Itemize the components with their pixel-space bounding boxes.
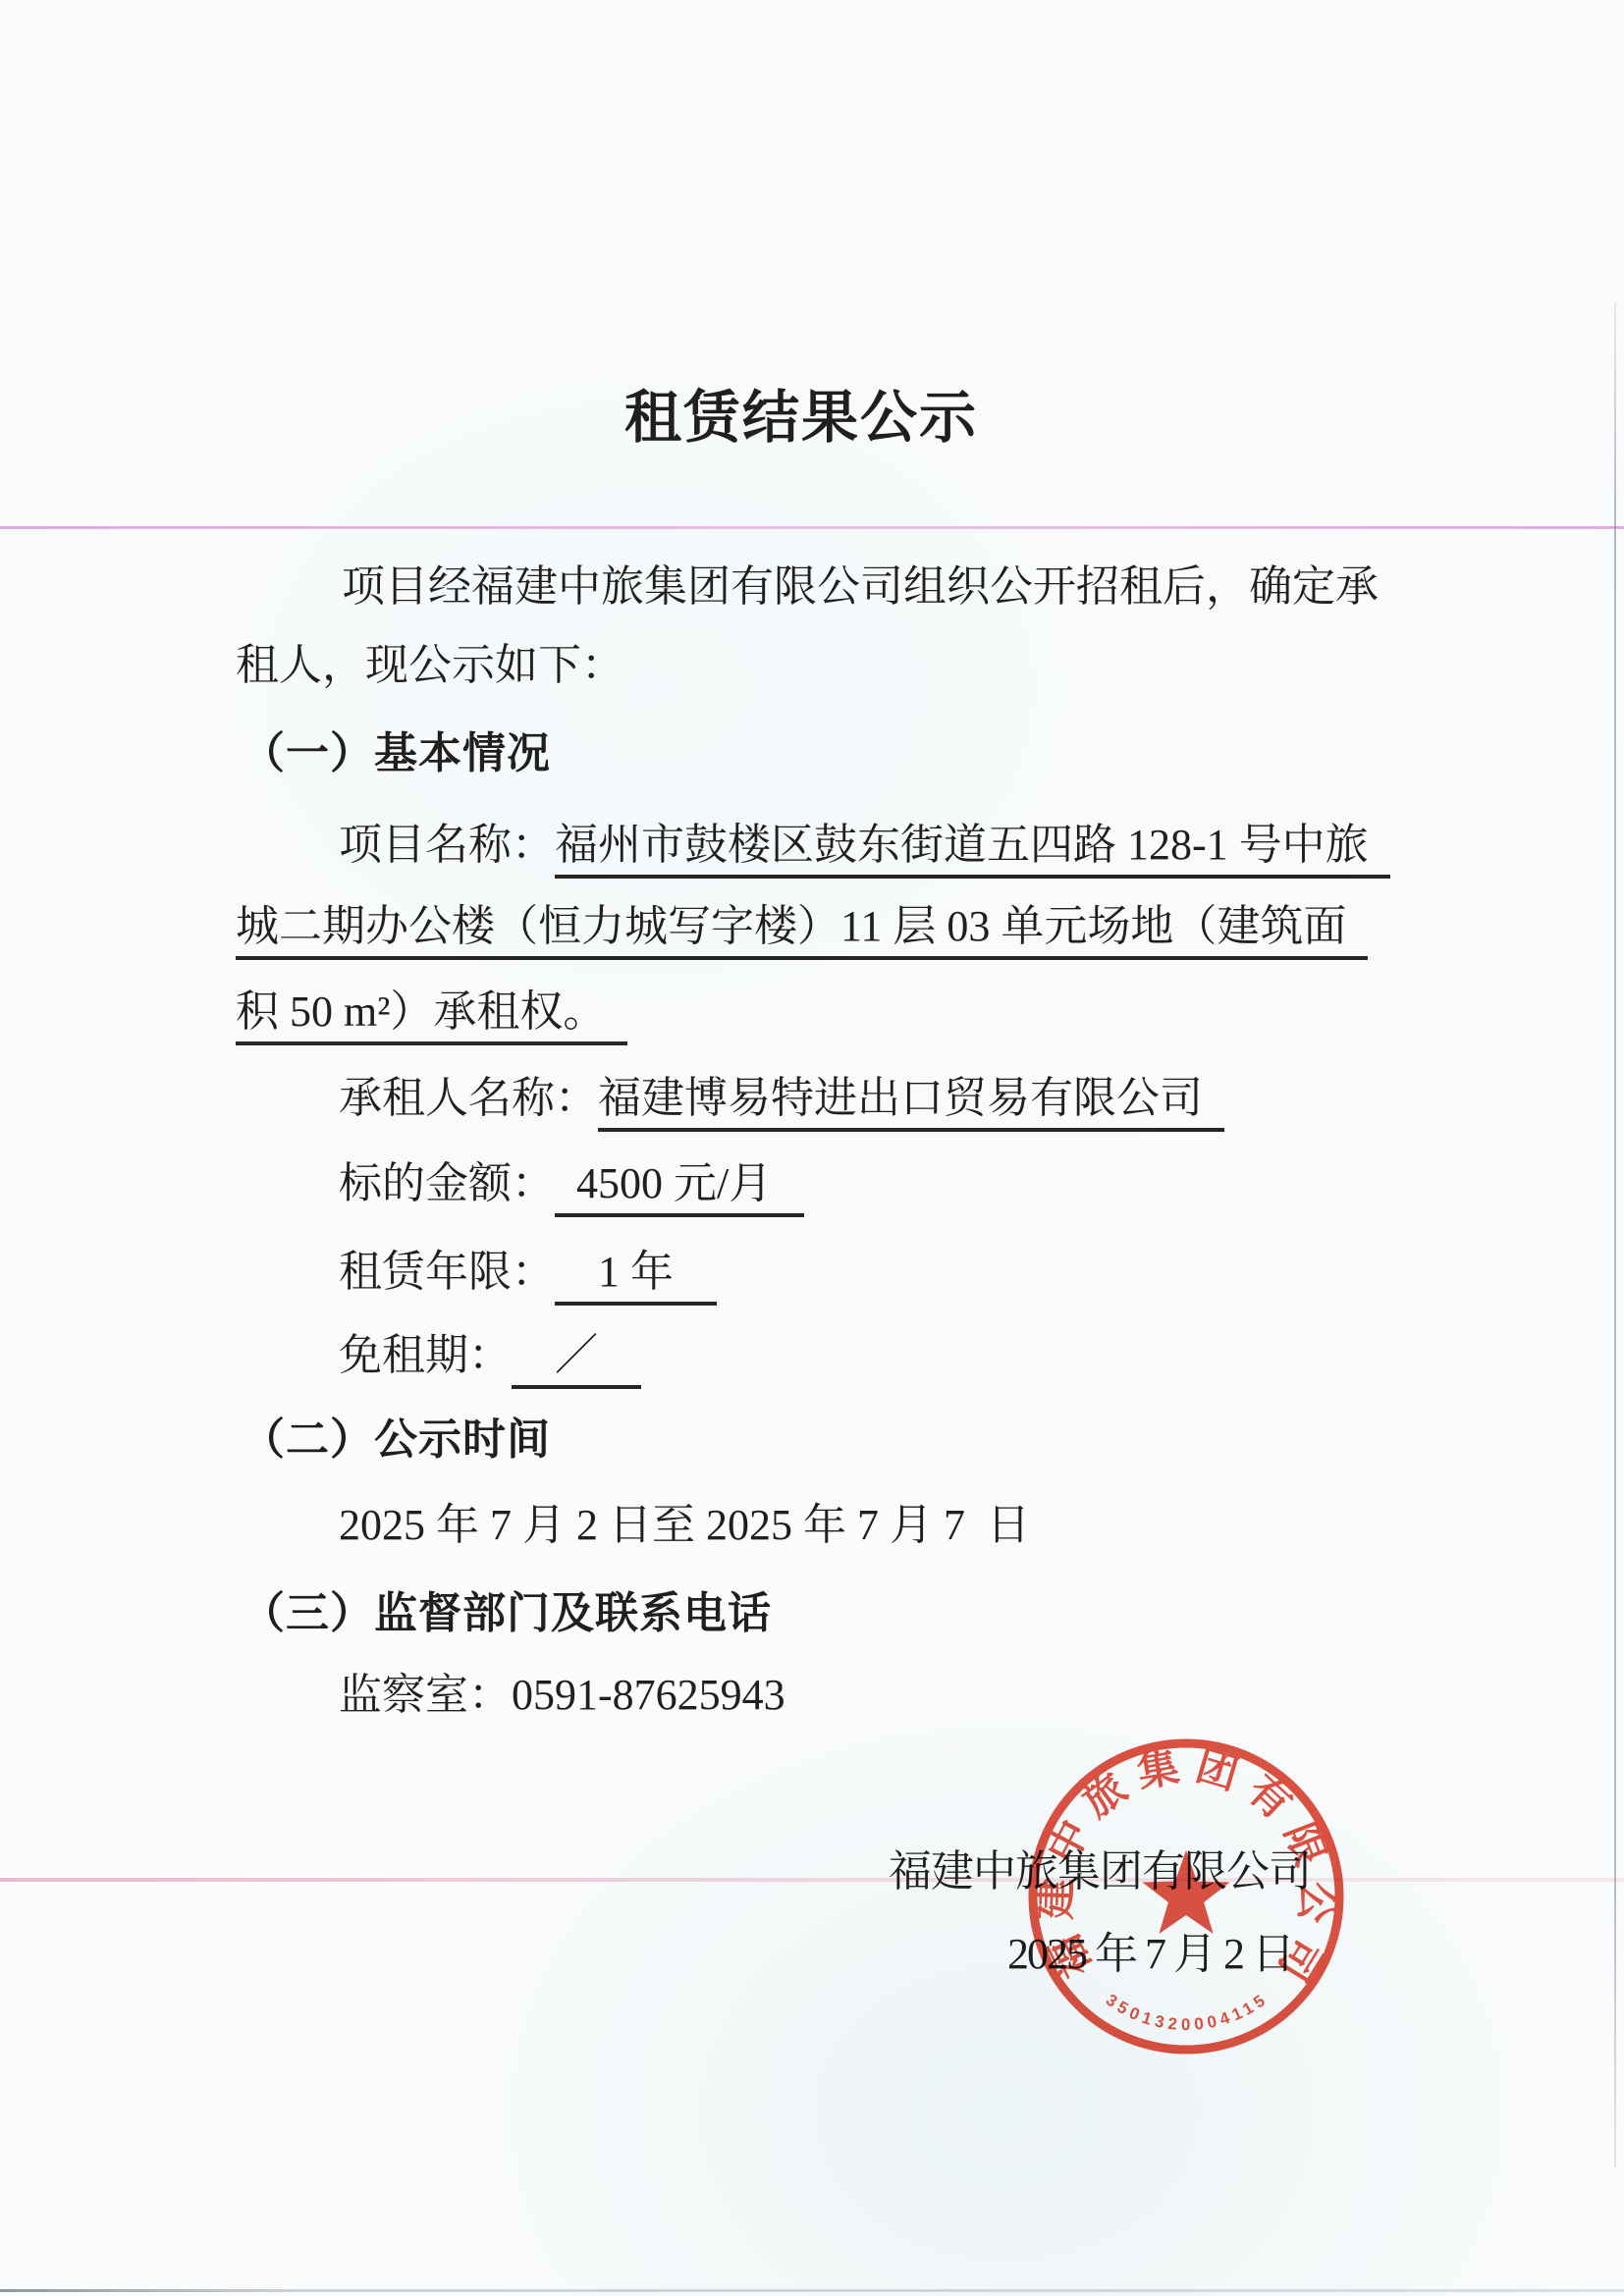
intro-line-2: 租人，现公示如下： bbox=[236, 638, 624, 692]
document-title: 租赁结果公示 bbox=[0, 371, 1602, 454]
official-seal: 福建中旅集团有限公司 3501320004115 bbox=[1009, 1720, 1363, 2073]
project-name-value-1: 福州市鼓楼区鼓东街道五四路 128-1 号中旅 bbox=[555, 821, 1390, 879]
rentfree-label: 免租期： bbox=[339, 1331, 512, 1379]
project-name-value-2: 城二期办公楼（恒力城写字楼）11 层 03 单元场地（建筑面 bbox=[236, 902, 1368, 960]
project-name-label: 项目名称： bbox=[339, 821, 555, 869]
section-2-heading: （二）公示时间 bbox=[242, 1413, 551, 1467]
amount-line: 标的金额： 4500 元/月 bbox=[339, 1156, 804, 1210]
project-name-line-3: 积 50 m²）承租权。 bbox=[236, 985, 627, 1039]
section-1-heading: （一）基本情况 bbox=[242, 726, 551, 780]
project-name-value-3: 积 50 m²）承租权。 bbox=[236, 988, 627, 1045]
rentfree-line: 免租期： ／ bbox=[339, 1328, 641, 1382]
section-3-heading: （三）监督部门及联系电话 bbox=[242, 1586, 772, 1640]
rentfree-value: ／ bbox=[512, 1331, 641, 1389]
project-name-line-2: 城二期办公楼（恒力城写字楼）11 层 03 单元场地（建筑面 bbox=[236, 899, 1368, 953]
term-value: 1 年 bbox=[555, 1248, 717, 1306]
scan-artifact-pink-line-bottom bbox=[0, 1878, 1624, 1882]
scan-artifact-pink-line-top bbox=[0, 526, 1624, 529]
star-icon bbox=[1142, 1850, 1229, 1934]
amount-label: 标的金额： bbox=[339, 1159, 555, 1207]
amount-value: 4500 元/月 bbox=[555, 1159, 804, 1217]
scan-artifact-right-edge-line bbox=[1614, 302, 1616, 2167]
tenant-line: 承租人名称：福建博易特进出口贸易有限公司 bbox=[339, 1071, 1224, 1125]
seal-serial-number: 3501320004115 bbox=[1103, 1989, 1272, 2034]
term-label: 租赁年限： bbox=[339, 1248, 555, 1296]
term-line: 租赁年限： 1 年 bbox=[339, 1245, 717, 1299]
intro-line-1: 项目经福建中旅集团有限公司组织公开招租后，确定承 bbox=[342, 560, 1379, 614]
tenant-value: 福建博易特进出口贸易有限公司 bbox=[598, 1074, 1224, 1132]
scanned-document-page: 租赁结果公示 项目经福建中旅集团有限公司组织公开招租后，确定承 租人，现公示如下… bbox=[0, 0, 1624, 2296]
project-name-line-1: 项目名称：福州市鼓楼区鼓东街道五四路 128-1 号中旅 bbox=[339, 818, 1390, 872]
scan-artifact-bottom-edge-line bbox=[0, 2289, 1624, 2292]
supervision-contact: 监察室：0591-87625943 bbox=[339, 1668, 785, 1722]
tenant-label: 承租人名称： bbox=[339, 1074, 598, 1122]
publicity-period: 2025 年 7 月 2 日至 2025 年 7 月 7 日 bbox=[339, 1498, 1030, 1552]
